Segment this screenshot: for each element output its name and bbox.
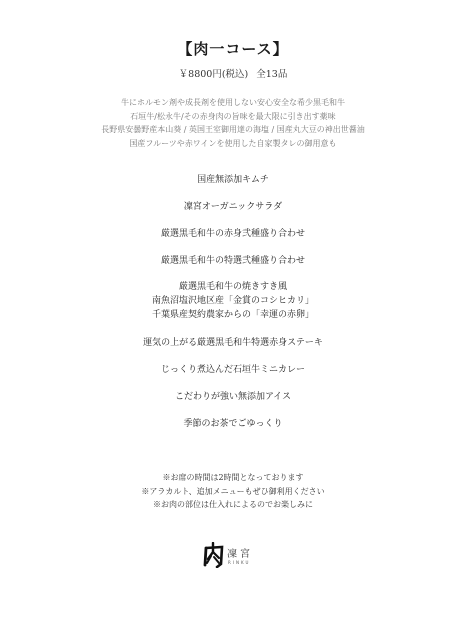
note-line: ※お席の時間は2時間となっております bbox=[0, 471, 466, 485]
course-menu-list: 国産無添加キムチ 凜宮オーガニックサラダ 厳選黒毛和牛の赤身弐種盛り合わせ 厳選… bbox=[0, 172, 466, 443]
menu-item: 厳選黒毛和牛の焼きすき風 bbox=[0, 280, 466, 294]
price-line: ￥8800円(税込)全13品 bbox=[0, 66, 466, 80]
menu-item: 厳選黒毛和牛の赤身弐種盛り合わせ bbox=[0, 226, 466, 253]
description-line: 国産フルーツや赤ワインを使用した自家製タレの御用意も bbox=[0, 137, 466, 151]
note-line: ※お肉の部位は仕入れによるのでお楽しみに bbox=[0, 498, 466, 512]
menu-item: 季節のお茶でごゆっくり bbox=[0, 416, 466, 443]
menu-item: 凜宮オーガニックサラダ bbox=[0, 199, 466, 226]
menu-item: 運気の上がる厳選黒毛和牛特選赤身ステーキ bbox=[0, 335, 466, 362]
course-description: 牛にホルモン剤や成長剤を使用しない安心安全な希少黒毛和牛 石垣牛/松永牛/その赤… bbox=[0, 96, 466, 150]
menu-item: 厳選黒毛和牛の特選弐種盛り合わせ bbox=[0, 253, 466, 280]
menu-item: 国産無添加キムチ bbox=[0, 172, 466, 199]
meat-kanji-logo-icon bbox=[203, 542, 225, 568]
menu-item: じっくり煮込んだ石垣牛ミニカレー bbox=[0, 362, 466, 389]
description-line: 長野県安曇野産本山葵 / 英国王室御用達の海塩 / 国産丸大豆の神出世醤油 bbox=[0, 123, 466, 137]
notes: ※お席の時間は2時間となっております ※アラカルト、追加メニューもぜひ御利用くだ… bbox=[0, 471, 466, 512]
course-price: ￥8800円(税込) bbox=[179, 69, 249, 80]
course-item-count: 全13品 bbox=[256, 69, 287, 80]
menu-item-detail: 南魚沼塩沢地区産「金賞のコシヒカリ」 bbox=[0, 294, 466, 308]
description-line: 牛にホルモン剤や成長剤を使用しない安心安全な希少黒毛和牛 bbox=[0, 96, 466, 110]
course-title: 【肉一コース】 bbox=[0, 38, 466, 59]
note-line: ※アラカルト、追加メニューもぜひ御利用ください bbox=[0, 485, 466, 499]
restaurant-logo: 凜宮 RINKU bbox=[203, 542, 273, 572]
description-line: 石垣牛/松永牛/その赤身肉の旨味を最大限に引き出す薬味 bbox=[0, 110, 466, 124]
menu-item-group: 厳選黒毛和牛の焼きすき風 南魚沼塩沢地区産「金賞のコシヒカリ」 千葉県産契約農家… bbox=[0, 280, 466, 335]
menu-item-detail: 千葉県産契約農家からの「幸運の赤卵」 bbox=[0, 308, 466, 322]
menu-item: こだわりが強い無添加アイス bbox=[0, 389, 466, 416]
restaurant-name-roman: RINKU bbox=[228, 560, 250, 565]
restaurant-name: 凜宮 bbox=[227, 545, 253, 560]
menu-page: 【肉一コース】 ￥8800円(税込)全13品 牛にホルモン剤や成長剤を使用しない… bbox=[0, 0, 466, 640]
